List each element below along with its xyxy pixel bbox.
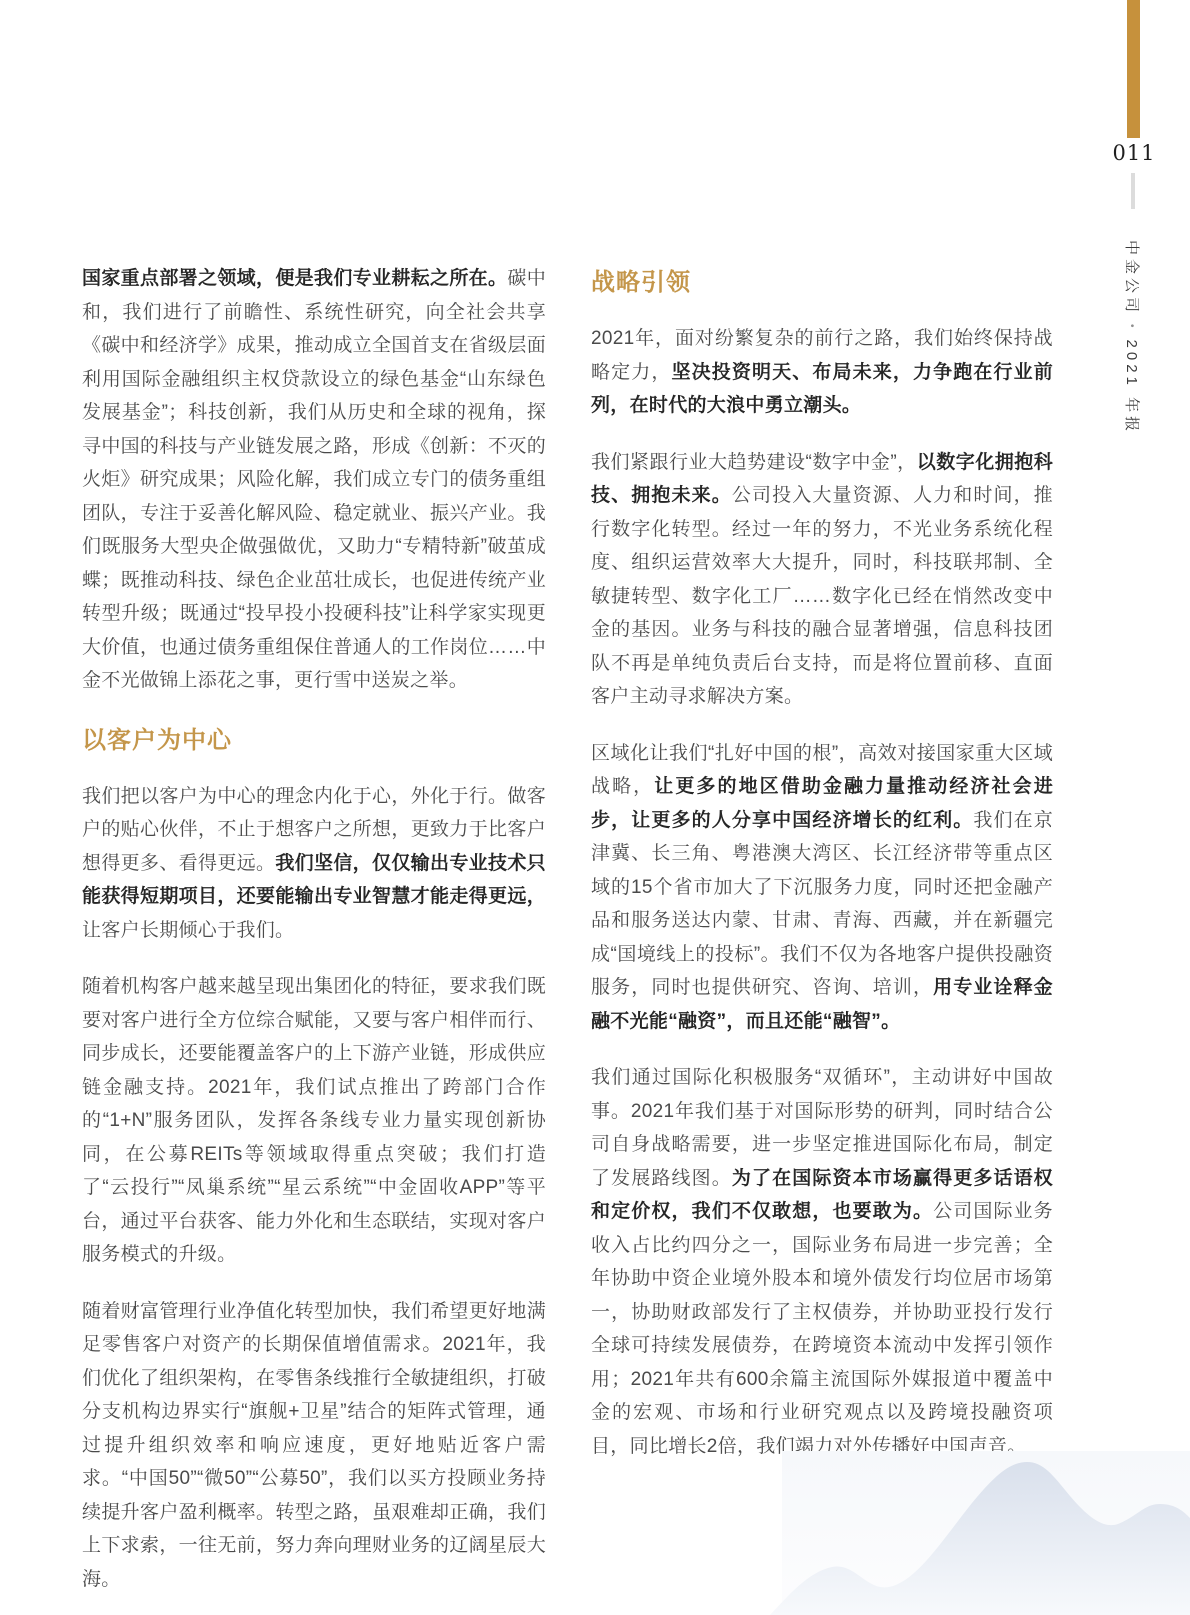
paragraph: 我们把以客户为中心的理念内化于心，外化于行。做客户的贴心伙伴，不止于想客户之所想…	[82, 780, 546, 948]
left-text-column: 国家重点部署之领域，便是我们专业耕耘之所在。碳中和，我们进行了前瞻性、系统性研究…	[82, 262, 546, 1615]
text-run: 随着机构客户越来越呈现出集团化的特征，要求我们既要对客户进行全方位综合赋能，又要…	[82, 976, 546, 1265]
edition-vertical: 2021 年报	[1123, 340, 1140, 436]
text-run: 碳中和，我们进行了前瞻性、系统性研究，向全社会共享《碳中和经济学》成果，推动成立…	[82, 268, 546, 691]
text-run-bold: 国家重点部署之领域，便是我们专业耕耘之所在。	[82, 268, 507, 289]
vertical-running-header: 中金公司•2021 年报	[1122, 240, 1143, 435]
section-heading: 战略引领	[591, 268, 1053, 298]
paragraph: 我们紧跟行业大趋势建设“数字中金”，以数字化拥抱科技、拥抱未来。公司投入大量资源…	[591, 446, 1053, 714]
paragraph: 区域化让我们“扎好中国的根”，高效对接国家重大区域战略，让更多的地区借助金融力量…	[591, 737, 1053, 1039]
paragraph: 随着机构客户越来越呈现出集团化的特征，要求我们既要对客户进行全方位综合赋能，又要…	[82, 970, 546, 1272]
text-run: 公司投入大量资源、人力和时间，推行数字化转型。经过一年的努力，不光业务系统化程度…	[591, 485, 1053, 707]
text-run: 我们在京津冀、长三角、粤港澳大湾区、长江经济带等重点区域的15个省市加大了下沉服…	[591, 810, 1053, 999]
text-run: 我们紧跟行业大趋势建设“数字中金”，	[591, 452, 917, 473]
text-run: 公司国际业务收入占比约四分之一，国际业务布局进一步完善；全年协助中资企业境外股本…	[591, 1201, 1053, 1457]
paragraph: 随着财富管理行业净值化转型加快，我们希望更好地满足零售客户对资产的长期保值增值需…	[82, 1295, 546, 1597]
paragraph: 国家重点部署之领域，便是我们专业耕耘之所在。碳中和，我们进行了前瞻性、系统性研究…	[82, 262, 546, 698]
text-run: 随着财富管理行业净值化转型加快，我们希望更好地满足零售客户对资产的长期保值增值需…	[82, 1301, 546, 1590]
section-heading: 以客户为中心	[82, 726, 546, 756]
brand-name-vertical: 中金公司	[1123, 240, 1140, 316]
gold-accent-bar	[1127, 0, 1140, 138]
text-run: 让客户长期倾心于我们。	[82, 920, 294, 941]
mountain-decoration	[740, 1448, 1190, 1615]
right-text-column: 战略引领2021年，面对纷繁复杂的前行之路，我们始终保持战略定力，坚决投资明天、…	[591, 262, 1053, 1486]
separator-dot: •	[1126, 324, 1137, 332]
paragraph: 我们通过国际化积极服务“双循环”，主动讲好中国故事。2021年我们基于对国际形势…	[591, 1061, 1053, 1463]
mountain-svg	[740, 1448, 1190, 1615]
page-number: 011	[1105, 141, 1163, 165]
page-number-tick	[1131, 173, 1135, 209]
annual-report-page: 国家重点部署之领域，便是我们专业耕耘之所在。碳中和，我们进行了前瞻性、系统性研究…	[0, 0, 1190, 1615]
paragraph: 2021年，面对纷繁复杂的前行之路，我们始终保持战略定力，坚决投资明天、布局未来…	[591, 322, 1053, 423]
